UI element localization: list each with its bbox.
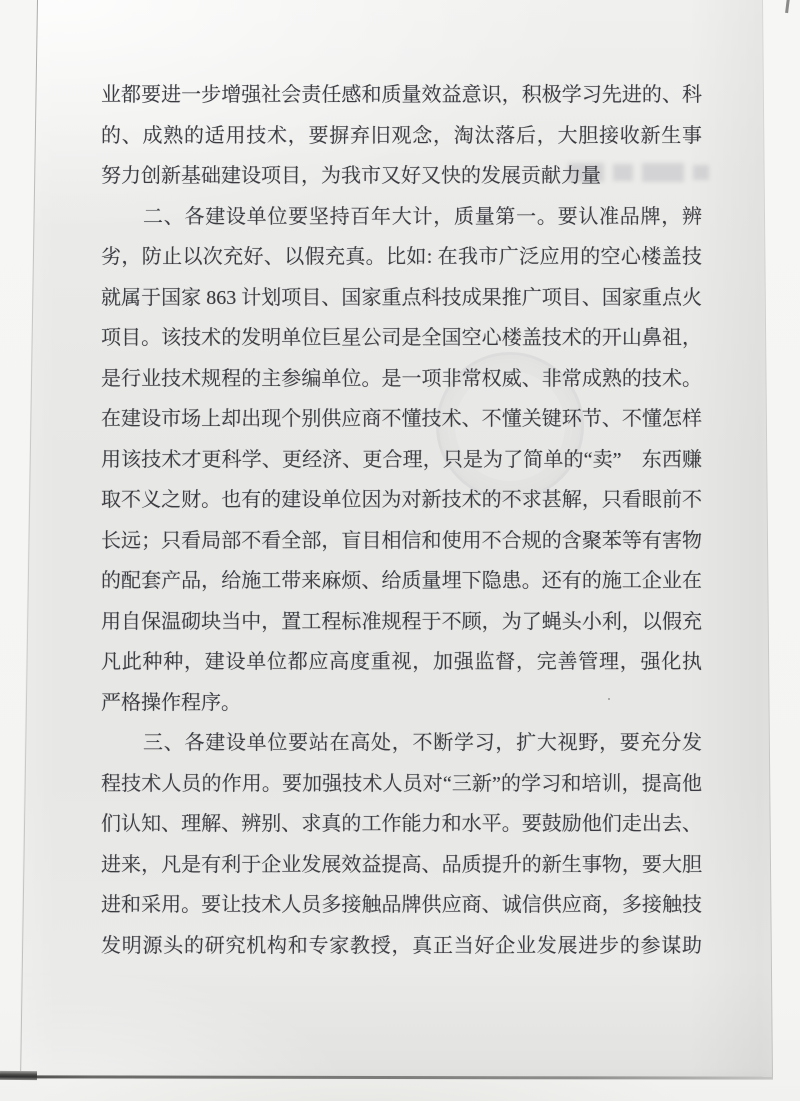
document-text: 业都要进一步增强社会责任感和质量效益意识，积极学习先进的、科学 的、成熟的适用技… bbox=[101, 75, 702, 966]
text-line: 用自保温砌块当中，置工程标准规程于不顾，为了蝇头小利，以假充真，。 bbox=[101, 602, 702, 643]
corner-mark-bottom-left bbox=[0, 1071, 37, 1080]
text-line: 劣，防止以次充好、以假充真。比如: 在我市广泛应用的空心楼盖技术， bbox=[101, 237, 702, 278]
text-line: 业都要进一步增强社会责任感和质量效益意识，积极学习先进的、科学 bbox=[101, 75, 702, 116]
text-line: 项目。该技术的发明单位巨星公司是全国空心楼盖技术的开山鼻祖，又 bbox=[101, 318, 702, 359]
text-line: 在建设市场上却出现个别供应商不懂技术、不懂关键环节、不懂怎样运 bbox=[101, 399, 702, 440]
scanned-document: 业都要进一步增强社会责任感和质量效益意识，积极学习先进的、科学 的、成熟的适用技… bbox=[0, 0, 800, 1101]
text-line: 三、各建设单位要站在高处，不断学习，扩大视野，要充分发挥工 bbox=[101, 723, 702, 764]
text-line: 就属于国家 863 计划项目、国家重点科技成果推广项目、国家重点火炬 bbox=[101, 278, 702, 319]
text-line: 努力创新基础建设项目，为我市又好又快的发展贡献力量 bbox=[101, 156, 702, 197]
paper-sheet: 业都要进一步增强社会责任感和质量效益意识，积极学习先进的、科学 的、成熟的适用技… bbox=[0, 0, 800, 1101]
scanner-mark-top-right bbox=[785, 0, 790, 13]
text-line: 取不义之财。也有的建设单位因为对新技术的不求甚解，只看眼前不看 bbox=[101, 480, 702, 521]
text-line: 进来，凡是有利于企业发展效益提高、品质提升的新生事物，要大胆引 bbox=[101, 845, 702, 886]
text-line: 严格操作程序。 bbox=[101, 683, 702, 724]
text-line: 进和采用。要让技术人员多接触品牌供应商、诚信供应商，多接触技术 bbox=[101, 885, 702, 926]
text-line: 凡此种种，建设单位都应高度重视，加强监督，完善管理，强化执行， bbox=[101, 642, 702, 683]
text-line: 的配套产品，给施工带来麻烦、给质量埋下隐患。还有的施工企业在使 bbox=[101, 561, 702, 602]
text-line: 长远；只看局部不看全部，盲目相信和使用不合规的含聚苯等有害物质 bbox=[101, 521, 702, 562]
paper-bottom-edge bbox=[18, 1075, 773, 1079]
text-line: 们认知、理解、辨别、求真的工作能力和水平。要鼓励他们走出去、请 bbox=[101, 804, 702, 845]
text-line: 程技术人员的作用。要加强技术人员对“三新”的学习和培训，提高他 bbox=[101, 764, 702, 805]
text-line: 的、成熟的适用技术，要摒弃旧观念，淘汰落后，大胆接收新生事物， bbox=[101, 116, 702, 157]
text-line: 是行业技术规程的主参编单位。是一项非常权威、非常成熟的技术。但 bbox=[101, 359, 702, 400]
text-line: 用该技术才更科学、更经济、更合理，只是为了简单的“卖” 东西赚 bbox=[101, 440, 702, 481]
text-line: 发明源头的研究机构和专家教授，真正当好企业发展进步的参谋助手。 bbox=[101, 926, 702, 967]
text-line: 二、各建设单位要坚持百年大计，质量第一。要认准品牌，辨别优 bbox=[101, 197, 702, 238]
